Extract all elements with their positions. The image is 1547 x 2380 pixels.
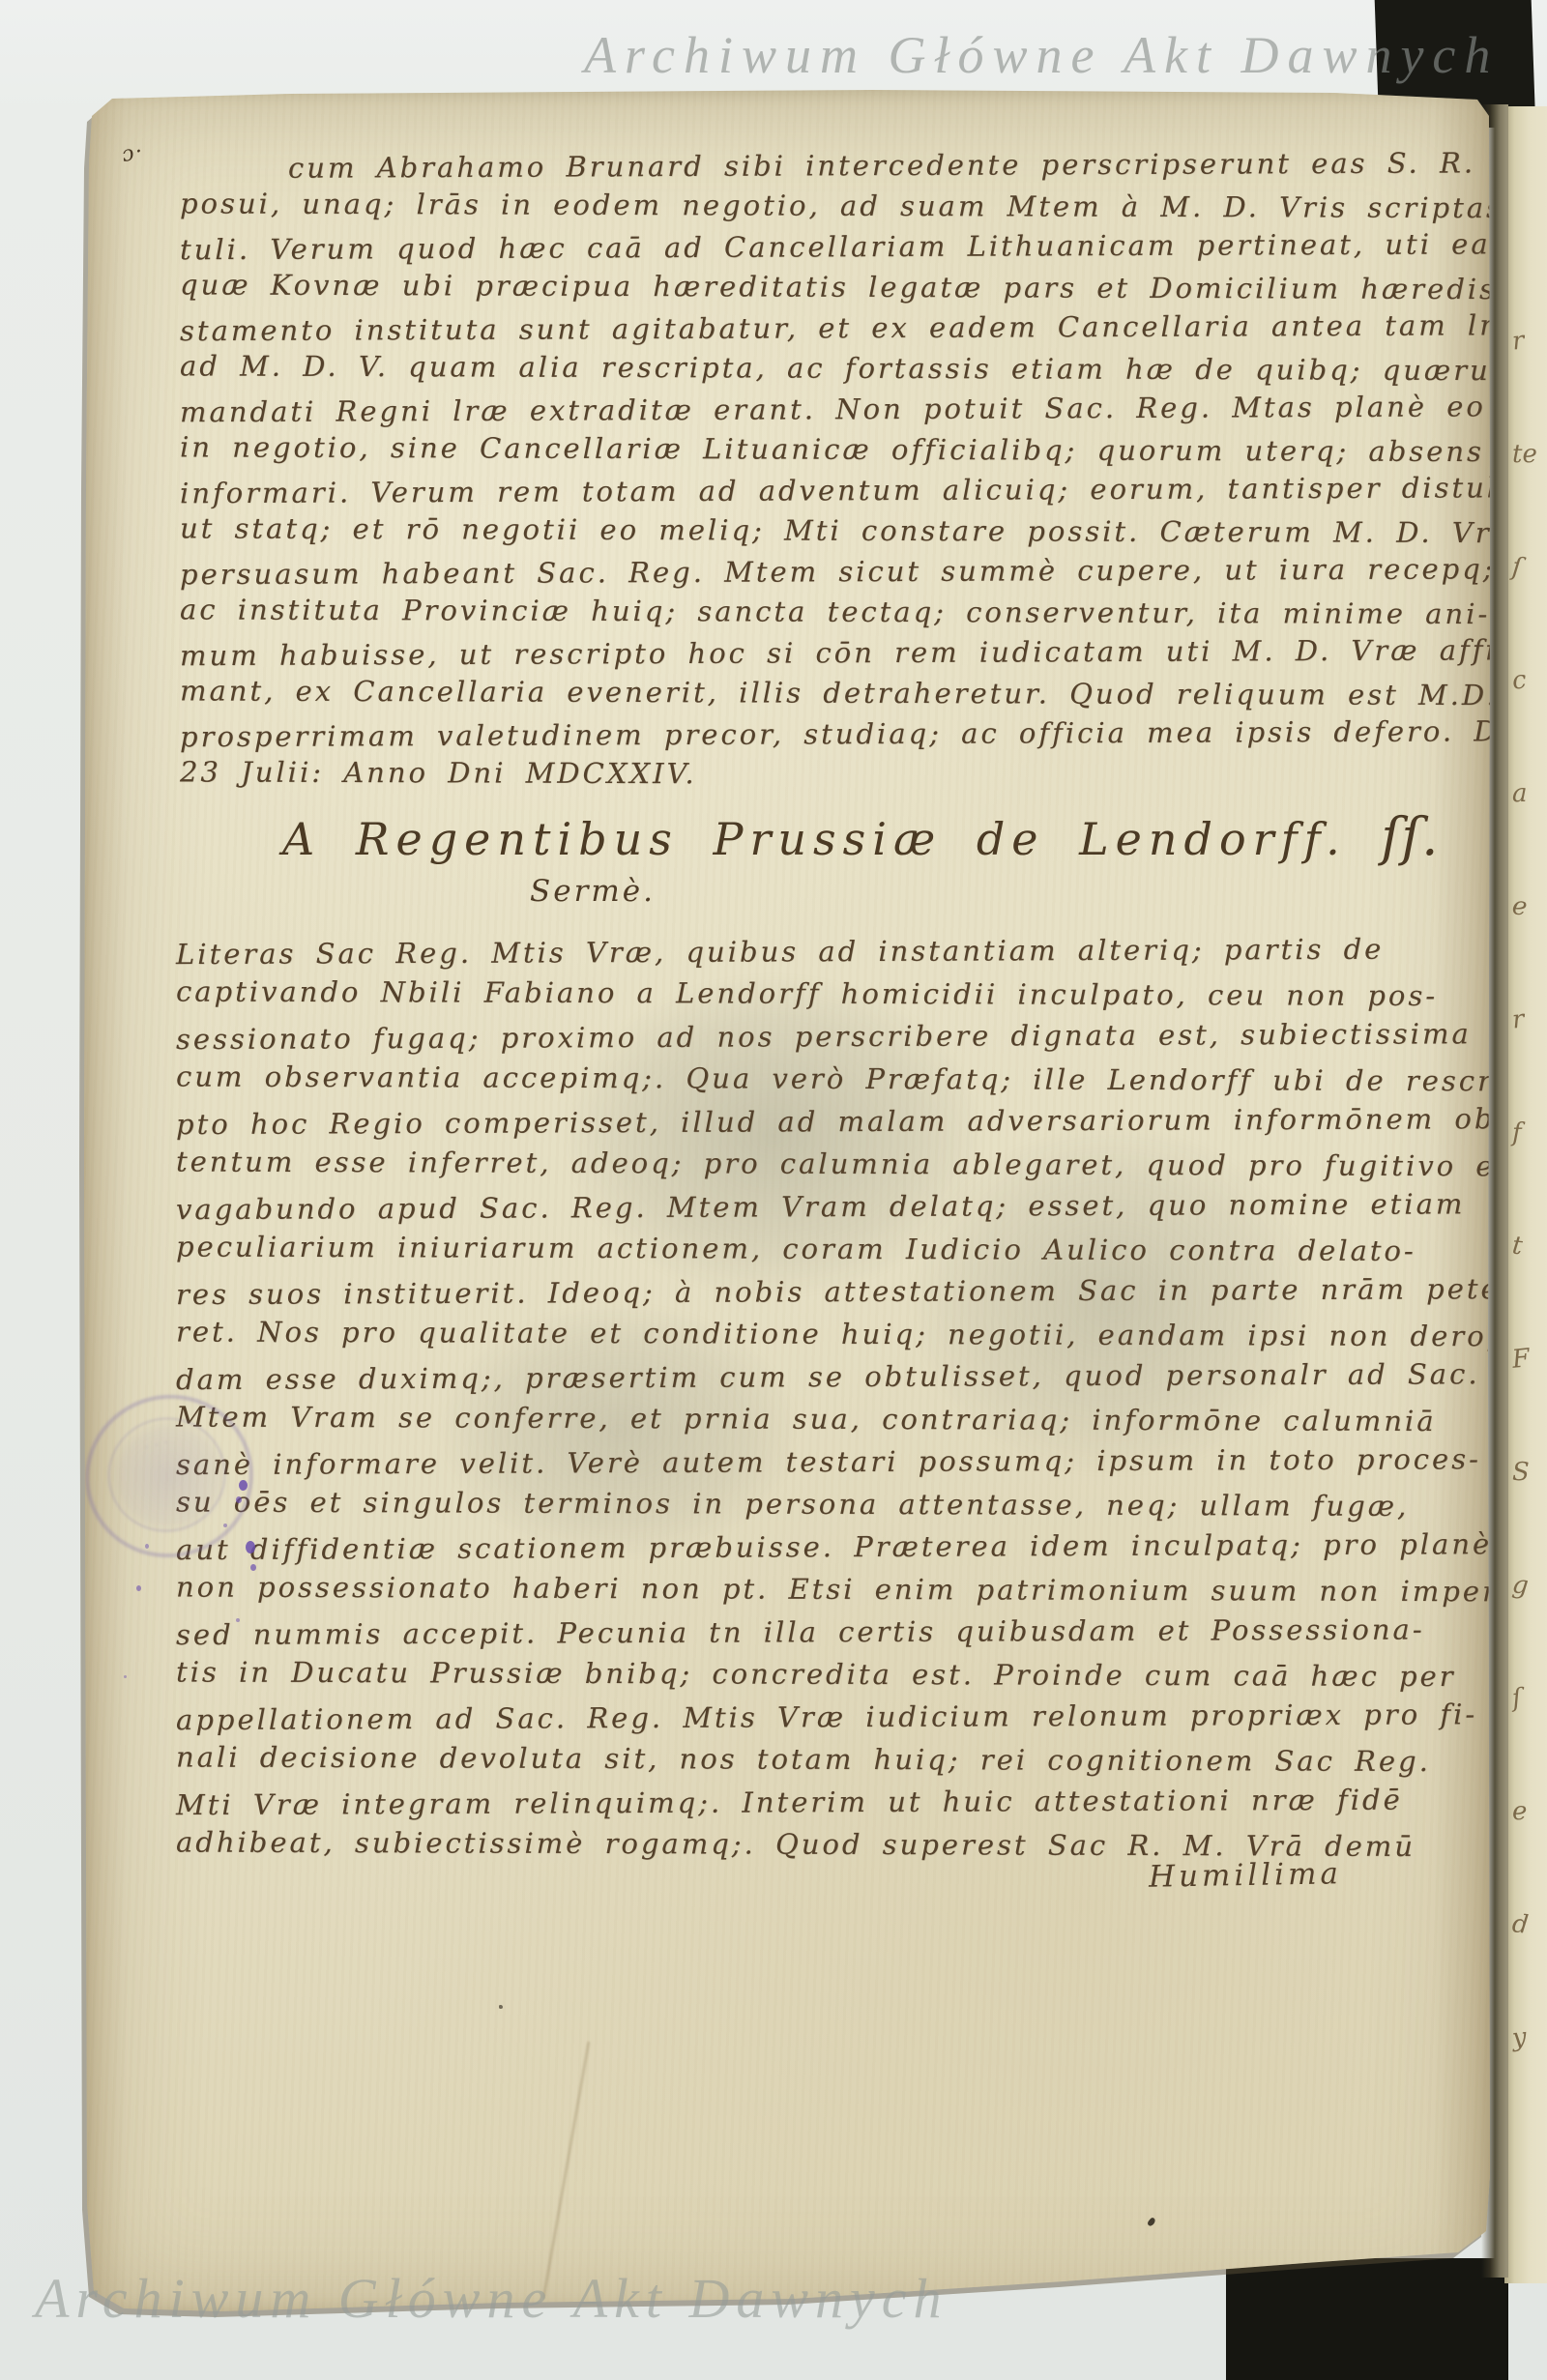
manuscript-line: ut statq; et rō negotii eo meliq; Mti co… bbox=[180, 508, 1547, 553]
manuscript-line: stamento instituta sunt agitabatur, et e… bbox=[180, 305, 1547, 352]
facing-page-text-fragment: e bbox=[1512, 1797, 1527, 1826]
letter-2-body: Literas Sac Reg. Mtis Vræ, quibus ad ins… bbox=[176, 930, 1547, 1866]
facing-page-text-fragment: r bbox=[1510, 326, 1526, 356]
facing-page-text-fragment: e bbox=[1510, 891, 1528, 921]
facing-page-text-fragment: ſ bbox=[1510, 553, 1523, 583]
manuscript-line: posui, unaq; lrās in eodem negotio, ad s… bbox=[180, 183, 1547, 228]
manuscript-line: pto hoc Regio comperisset, illud ad mala… bbox=[176, 1097, 1547, 1146]
ink-splatter bbox=[236, 1496, 242, 1503]
archive-watermark-top: Archiwum Główne Akt Dawnych bbox=[584, 25, 1499, 85]
facing-page-text-fragment: y bbox=[1510, 2022, 1528, 2052]
marginal-mark: ɔ· bbox=[120, 139, 147, 167]
facing-page-text-fragment: t bbox=[1510, 1232, 1524, 1262]
facing-page-text-fragment: r bbox=[1510, 1004, 1526, 1034]
ink-splatter bbox=[246, 1541, 255, 1553]
manuscript-line: mandati Regni lræ extraditæ erant. Non p… bbox=[180, 386, 1547, 433]
manuscript-line: aut diffidentiæ scationem præbuisse. Præ… bbox=[176, 1523, 1547, 1571]
facing-page-text-fragment: c bbox=[1510, 665, 1528, 695]
manuscript-line: informari. Verum rem totam ad adventum a… bbox=[180, 467, 1547, 514]
manuscript-line: mum habuisse, ut rescripto hoc si cōn re… bbox=[180, 629, 1547, 677]
manuscript-line: vagabundo apud Sac. Reg. Mtem Vram delat… bbox=[176, 1182, 1547, 1231]
facing-page-edge: rteſcaerftFSgſedy bbox=[1504, 106, 1547, 2283]
manuscript-line: sanè informare velit. Verè autem testari… bbox=[176, 1437, 1547, 1486]
ink-splatter bbox=[223, 1524, 227, 1527]
backdrop-band-bottom bbox=[1226, 2258, 1508, 2380]
ink-splatter bbox=[124, 1675, 127, 1678]
ink-splatter bbox=[145, 1544, 149, 1549]
salutation: Sermè. bbox=[530, 874, 656, 909]
letter-2-heading: A Regentibus Prussiæ de Lendorff. ſſ. bbox=[282, 806, 1439, 867]
facing-page-text-fragment: f bbox=[1512, 1118, 1522, 1147]
ink-splatter bbox=[236, 1618, 240, 1622]
paper-speck bbox=[499, 2005, 503, 2009]
manuscript-line: sessionato fugaq; proximo ad nos perscri… bbox=[176, 1012, 1547, 1060]
ink-splatter bbox=[250, 1564, 256, 1571]
manuscript-line: prosperrimam valetudinem precor, studiaq… bbox=[180, 711, 1547, 758]
manuscript-line: peculiarium iniuriarum actionem, coram I… bbox=[176, 1225, 1547, 1272]
manuscript-line: appellationem ad Sac. Reg. Mtis Vræ iudi… bbox=[176, 1693, 1547, 1741]
manuscript-line: su oēs et singulos terminos in persona a… bbox=[176, 1480, 1547, 1527]
facing-page-text-fragment: te bbox=[1512, 440, 1537, 469]
manuscript-line: tis in Ducatu Prussiæ bnibq; concredita … bbox=[176, 1650, 1547, 1698]
manuscript-line: cum Abrahamo Brunard sibi intercedente p… bbox=[180, 142, 1547, 189]
pen-flourish: ſſ. bbox=[1381, 806, 1439, 867]
manuscript-line: quæ Kovnæ ubi præcipua hæreditatis legat… bbox=[180, 264, 1547, 309]
manuscript-line: in negotio, sine Cancellariæ Lituanicæ o… bbox=[180, 426, 1547, 472]
manuscript-line: Mtem Vram se conferre, et prnia sua, con… bbox=[176, 1395, 1547, 1442]
letter-closing: Humillima bbox=[1149, 1856, 1343, 1894]
manuscript-line: ret. Nos pro qualitate et conditione hui… bbox=[176, 1310, 1547, 1357]
facing-page-text-fragment: F bbox=[1510, 1344, 1531, 1375]
letter-1-body: cum Abrahamo Brunard sibi intercedente p… bbox=[180, 145, 1547, 795]
manuscript-line: cum observantia accepimq;. Qua verò Præf… bbox=[176, 1055, 1547, 1102]
manuscript-line: sed nummis accepit. Pecunia tn illa cert… bbox=[176, 1608, 1547, 1656]
manuscript-line: tuli. Verum quod hæc caā ad Cancellariam… bbox=[180, 223, 1547, 271]
facing-page-text-fragment: d bbox=[1510, 1909, 1530, 1940]
facing-page-text-fragment: a bbox=[1512, 779, 1528, 808]
manuscript-line: mant, ex Cancellaria evenerit, illis det… bbox=[180, 670, 1547, 715]
manuscript-line: 23 Julii: Anno Dni MDCXXIV. bbox=[180, 751, 1547, 797]
ink-splatter bbox=[239, 1480, 248, 1491]
manuscript-line: captivando Nbili Fabiano a Lendorff homi… bbox=[176, 970, 1547, 1017]
manuscript-line: non possessionato haberi non pt. Etsi en… bbox=[176, 1565, 1547, 1612]
manuscript-line: ac instituta Provinciæ huiq; sancta tect… bbox=[180, 589, 1547, 634]
manuscript-line: Mti Vræ integram relinquimq;. Interim ut… bbox=[176, 1778, 1547, 1826]
manuscript-line: Literas Sac Reg. Mtis Vræ, quibus ad ins… bbox=[176, 927, 1547, 975]
manuscript-line: persuasum habeant Sac. Reg. Mtem sicut s… bbox=[180, 548, 1547, 595]
facing-page-text-fragment: S bbox=[1512, 1458, 1530, 1487]
ink-splatter bbox=[136, 1585, 141, 1591]
manuscript-line: ad M. D. V. quam alia rescripta, ac fort… bbox=[180, 345, 1547, 391]
manuscript-line: tentum esse inferret, adeoq; pro calumni… bbox=[176, 1140, 1547, 1187]
facing-page-text-fragment: ſ bbox=[1510, 1684, 1523, 1714]
heading-text: A Regentibus Prussiæ de Lendorff. bbox=[282, 813, 1347, 865]
manuscript-line: dam esse duximq;, præsertim cum se obtul… bbox=[176, 1352, 1547, 1401]
manuscript-line: res suos instituerit. Ideoq; à nobis att… bbox=[176, 1267, 1547, 1316]
manuscript-line: nali decisione devoluta sit, nos totam h… bbox=[176, 1735, 1547, 1783]
manuscript-page: ɔ· cum Abrahamo Brunard sibi intercedent… bbox=[0, 0, 1547, 2380]
archival-scan: rteſcaerftFSgſedy ɔ· cum Abrahamo Brunar… bbox=[0, 0, 1547, 2380]
facing-page-text-fragment: g bbox=[1510, 1570, 1530, 1601]
